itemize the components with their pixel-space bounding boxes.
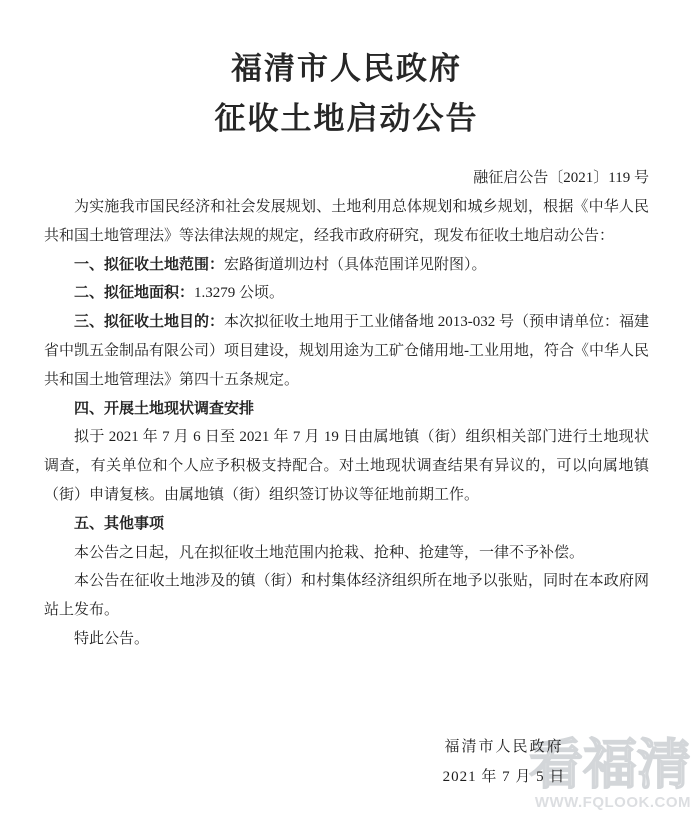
intro-paragraph: 为实施我市国民经济和社会发展规划、土地利用总体规划和城乡规划，根据《中华人民共和… xyxy=(44,193,649,251)
document-number: 融征启公告〔2021〕119 号 xyxy=(44,164,649,193)
item-1-text: 宏路街道圳边村（具体范围详见附图）。 xyxy=(224,257,487,273)
item-3-label: 三、拟征收土地目的： xyxy=(74,313,224,330)
closing-statement: 特此公告。 xyxy=(44,625,649,654)
section-5-paragraph-1: 本公告之日起，凡在拟征收土地范围内抢栽、抢种、抢建等，一律不予补偿。 xyxy=(44,539,649,568)
signature-date: 2021 年 7 月 5 日 xyxy=(359,762,649,792)
section-5-paragraph-2: 本公告在征收土地涉及的镇（街）和村集体经济组织所在地予以张贴，同时在本政府网站上… xyxy=(44,567,649,625)
document-title-line1: 福清市人民政府 xyxy=(44,44,649,94)
section-5-heading: 五、其他事项 xyxy=(44,510,649,539)
item-1-label: 一、拟征收土地范围： xyxy=(74,256,224,273)
item-3-purpose: 三、拟征收土地目的：本次拟征收土地用于工业储备地 2013-032 号（预申请单… xyxy=(44,308,649,394)
document-title-line2: 征收土地启动公告 xyxy=(44,94,649,144)
section-4-paragraph: 拟于 2021 年 7 月 6 日至 2021 年 7 月 19 日由属地镇（街… xyxy=(44,423,649,509)
item-2-label: 二、拟征地面积： xyxy=(74,284,194,301)
document-title: 福清市人民政府 征收土地启动公告 xyxy=(44,44,649,144)
item-1-scope: 一、拟征收土地范围：宏路街道圳边村（具体范围详见附图）。 xyxy=(44,251,649,280)
item-2-area: 二、拟征地面积：1.3279 公顷。 xyxy=(44,279,649,308)
section-4-heading: 四、开展土地现状调查安排 xyxy=(44,395,649,424)
item-2-text: 1.3279 公顷。 xyxy=(194,285,284,301)
signature-block: 福清市人民政府 2021 年 7 月 5 日 xyxy=(359,732,649,792)
watermark-site-url: WWW.FQLOOK.COM xyxy=(529,794,691,812)
signature-issuer: 福清市人民政府 xyxy=(359,732,649,762)
announcement-document: 福清市人民政府 征收土地启动公告 融征启公告〔2021〕119 号 为实施我市国… xyxy=(0,44,693,792)
